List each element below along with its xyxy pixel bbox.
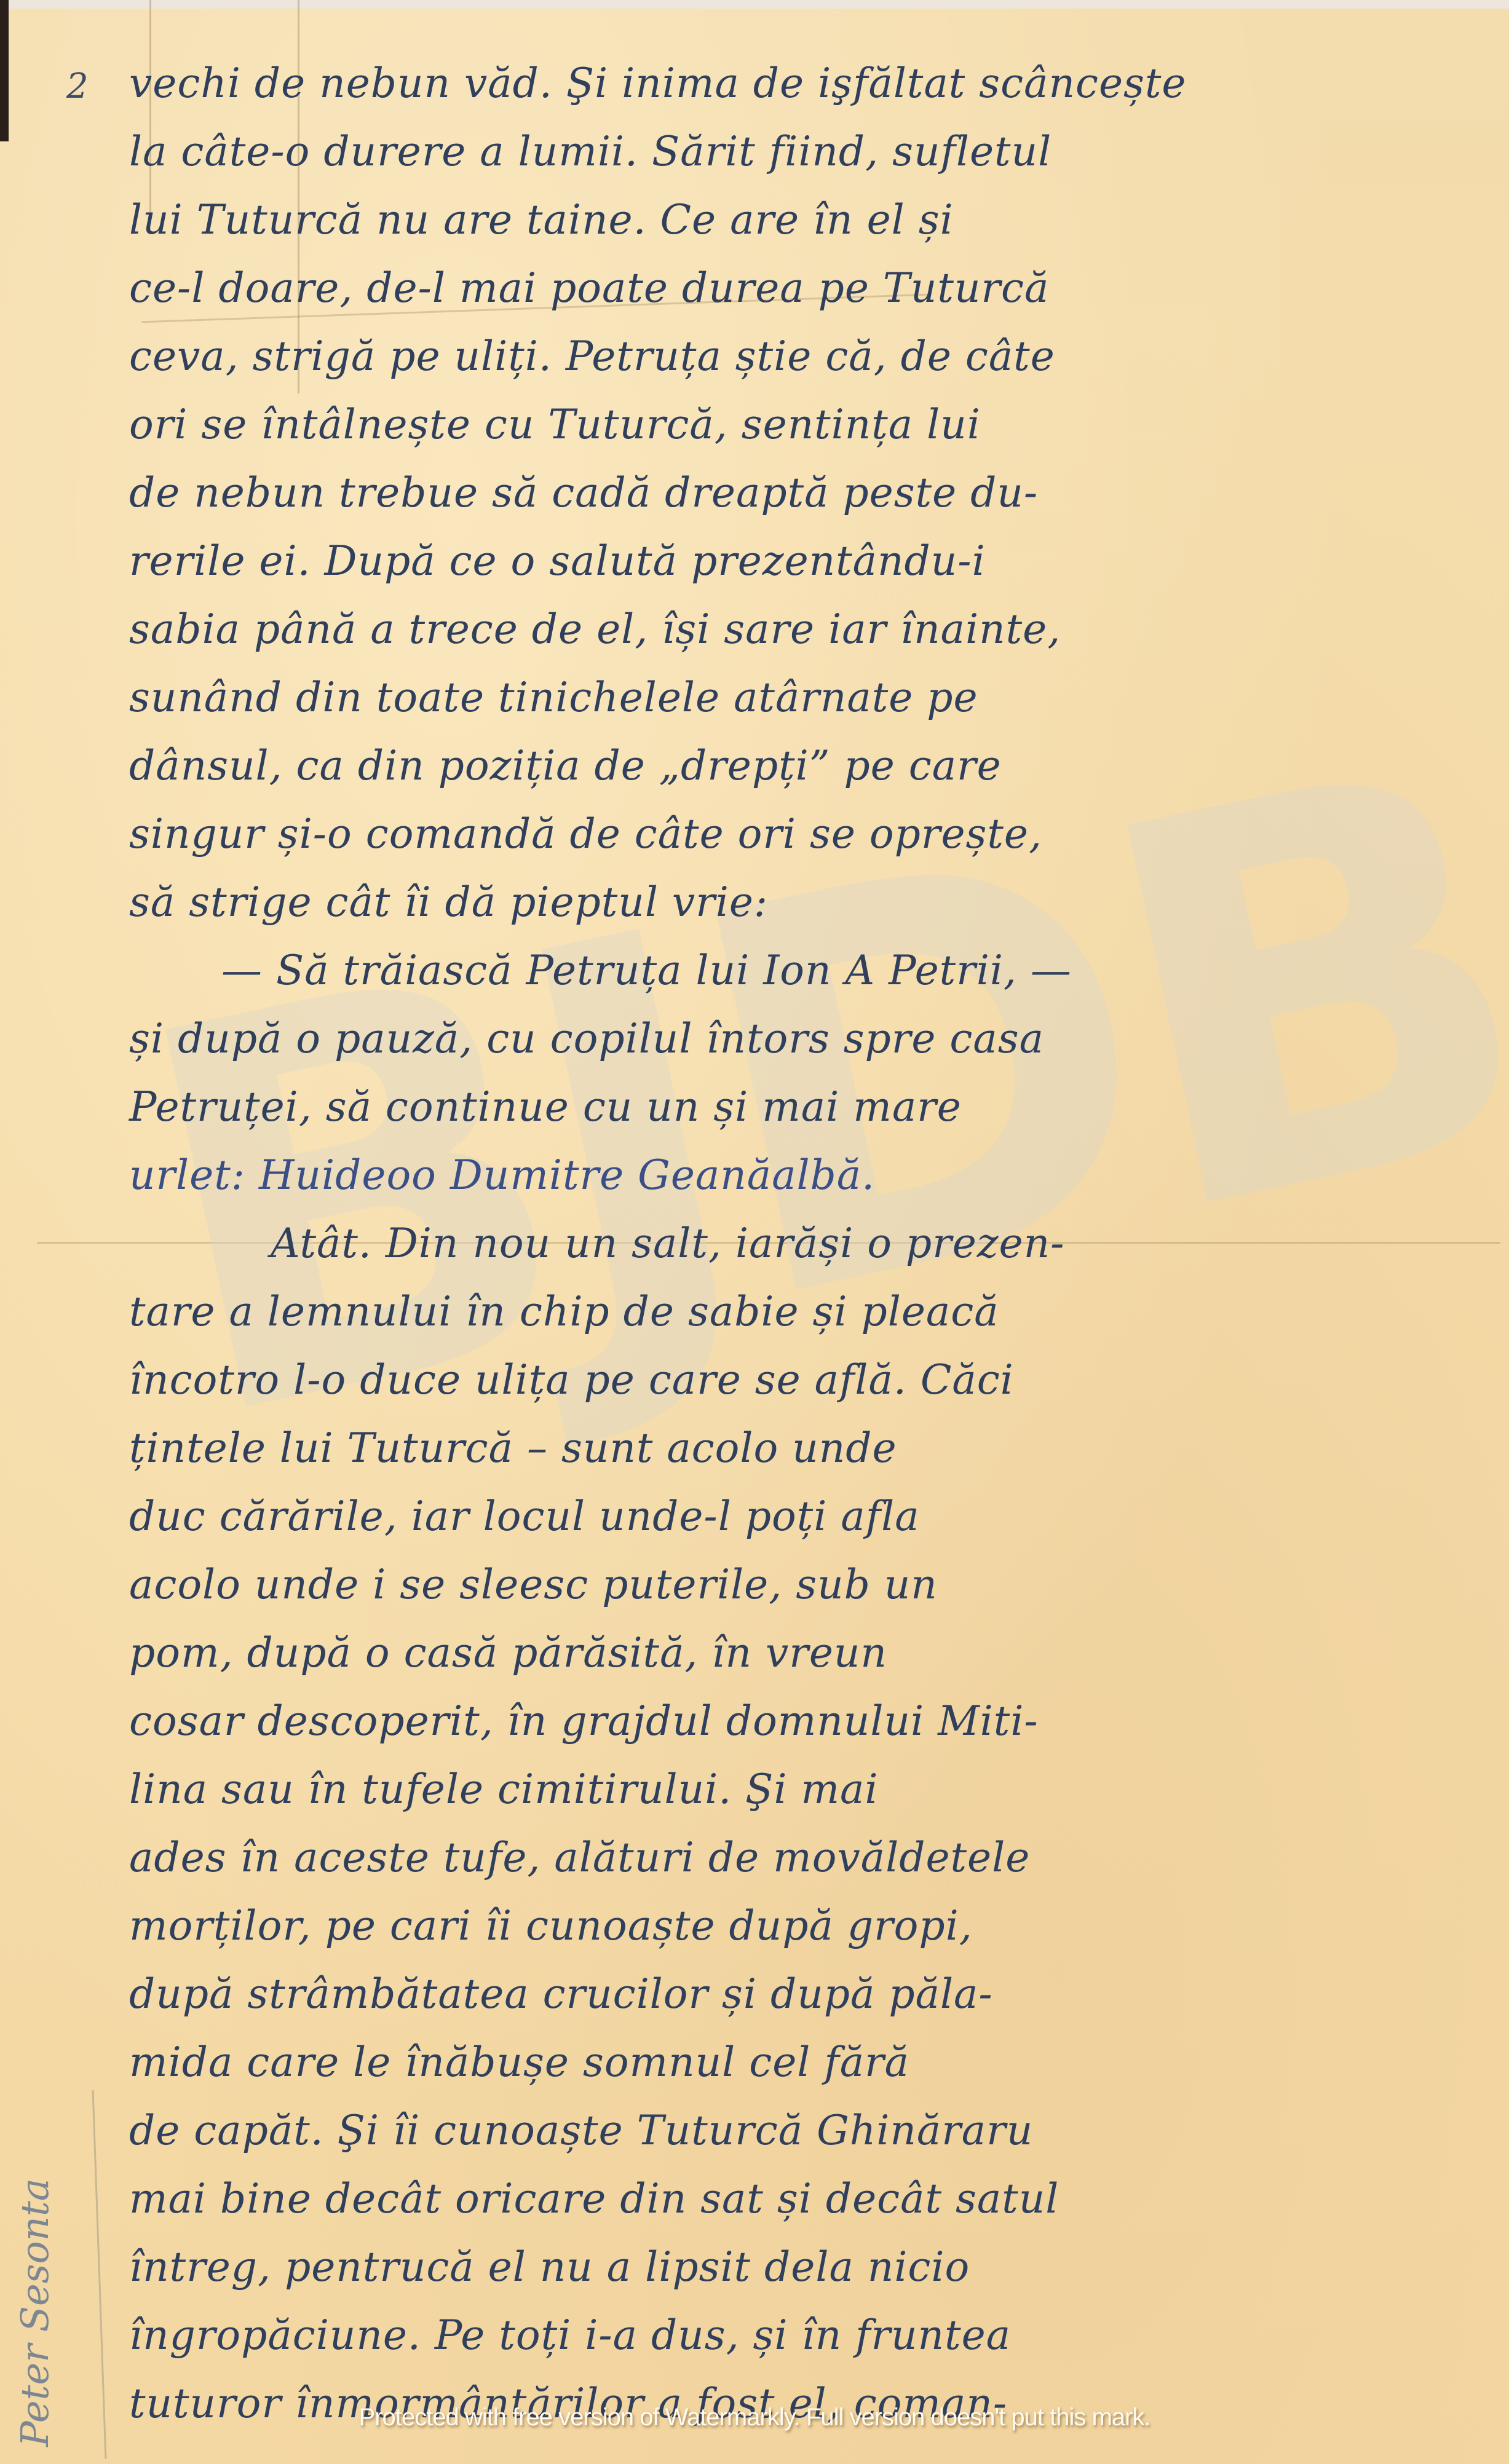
scanner-top-edge <box>0 0 1509 9</box>
text-line: ceva, strigă pe uliți. Petruța știe că, … <box>129 322 1470 390</box>
text-line: să strige cât îi dă pieptul vrie: <box>129 868 1470 936</box>
text-line: urlet: Huideoo Dumitre Geanăalbă. <box>129 1141 1470 1209</box>
text-line: încotro l-o duce ulița pe care se află. … <box>129 1346 1470 1414</box>
text-line: și după o pauză, cu copilul întors spre … <box>129 1005 1470 1073</box>
dialogue-line: — Să trăiască Petruța lui Ion A Petrii, … <box>129 936 1470 1005</box>
text-line: rerile ei. După ce o salută prezentându-… <box>129 527 1470 595</box>
manuscript-text: vechi de nebun văd. Şi inima de işfăltat… <box>129 49 1470 2438</box>
text-line: acolo unde i se sleesc puterile, sub un <box>129 1550 1470 1619</box>
text-line: de capăt. Şi îi cunoaște Tuturcă Ghinăra… <box>129 2096 1470 2165</box>
text-line: ori se întâlnește cu Tuturcă, sentința l… <box>129 390 1470 459</box>
text-line: vechi de nebun văd. Şi inima de işfăltat… <box>129 49 1470 117</box>
text-line: mai bine decât oricare din sat și decât … <box>129 2165 1470 2233</box>
watermark-footer-text: Protected with free version of Watermark… <box>0 2404 1509 2431</box>
text-line: duc cărările, iar locul unde-l poți afla <box>129 1482 1470 1550</box>
text-line: ades în aceste tufe, alături de movăldet… <box>129 1823 1470 1892</box>
scanner-left-edge <box>0 0 9 141</box>
text-line: ce-l doare, de-l mai poate durea pe Tutu… <box>129 254 1470 322</box>
paragraph-start-line: Atât. Din nou un salt, iarăși o prezen- <box>129 1209 1470 1277</box>
text-line: dânsul, ca din poziția de „drepți” pe ca… <box>129 732 1470 800</box>
text-line: cosar descoperit, în grajdul domnului Mi… <box>129 1687 1470 1755</box>
text-line: sabia până a trece de el, își sare iar î… <box>129 595 1470 663</box>
text-line: îngropăciune. Pe toți i-a dus, și în fru… <box>129 2301 1470 2369</box>
text-line: întreg, pentrucă el nu a lipsit dela nic… <box>129 2233 1470 2301</box>
text-line: la câte-o durere a lumii. Sărit fiind, s… <box>129 117 1470 186</box>
text-line: Petruței, să continue cu un și mai mare <box>129 1073 1470 1141</box>
text-line: sunând din toate tinichelele atârnate pe <box>129 663 1470 732</box>
page-number: 2 <box>66 66 89 106</box>
text-line: lui Tuturcă nu are taine. Ce are în el ș… <box>129 186 1470 254</box>
text-line: tare a lemnului în chip de sabie și plea… <box>129 1277 1470 1346</box>
text-line: singur și-o comandă de câte ori se opreș… <box>129 800 1470 868</box>
text-line: după strâmbătatea crucilor și după păla- <box>129 1960 1470 2028</box>
text-line: lina sau în tufele cimitirului. Şi mai <box>129 1755 1470 1823</box>
text-line: de nebun trebue să cadă dreaptă peste du… <box>129 459 1470 527</box>
text-line: țintele lui Tuturcă – sunt acolo unde <box>129 1414 1470 1482</box>
text-line: pom, după o casă părăsită, în vreun <box>129 1619 1470 1687</box>
text-line: morților, pe cari îi cunoaște după gropi… <box>129 1892 1470 1960</box>
text-line: mida care le înăbușe somnul cel fără <box>129 2028 1470 2096</box>
